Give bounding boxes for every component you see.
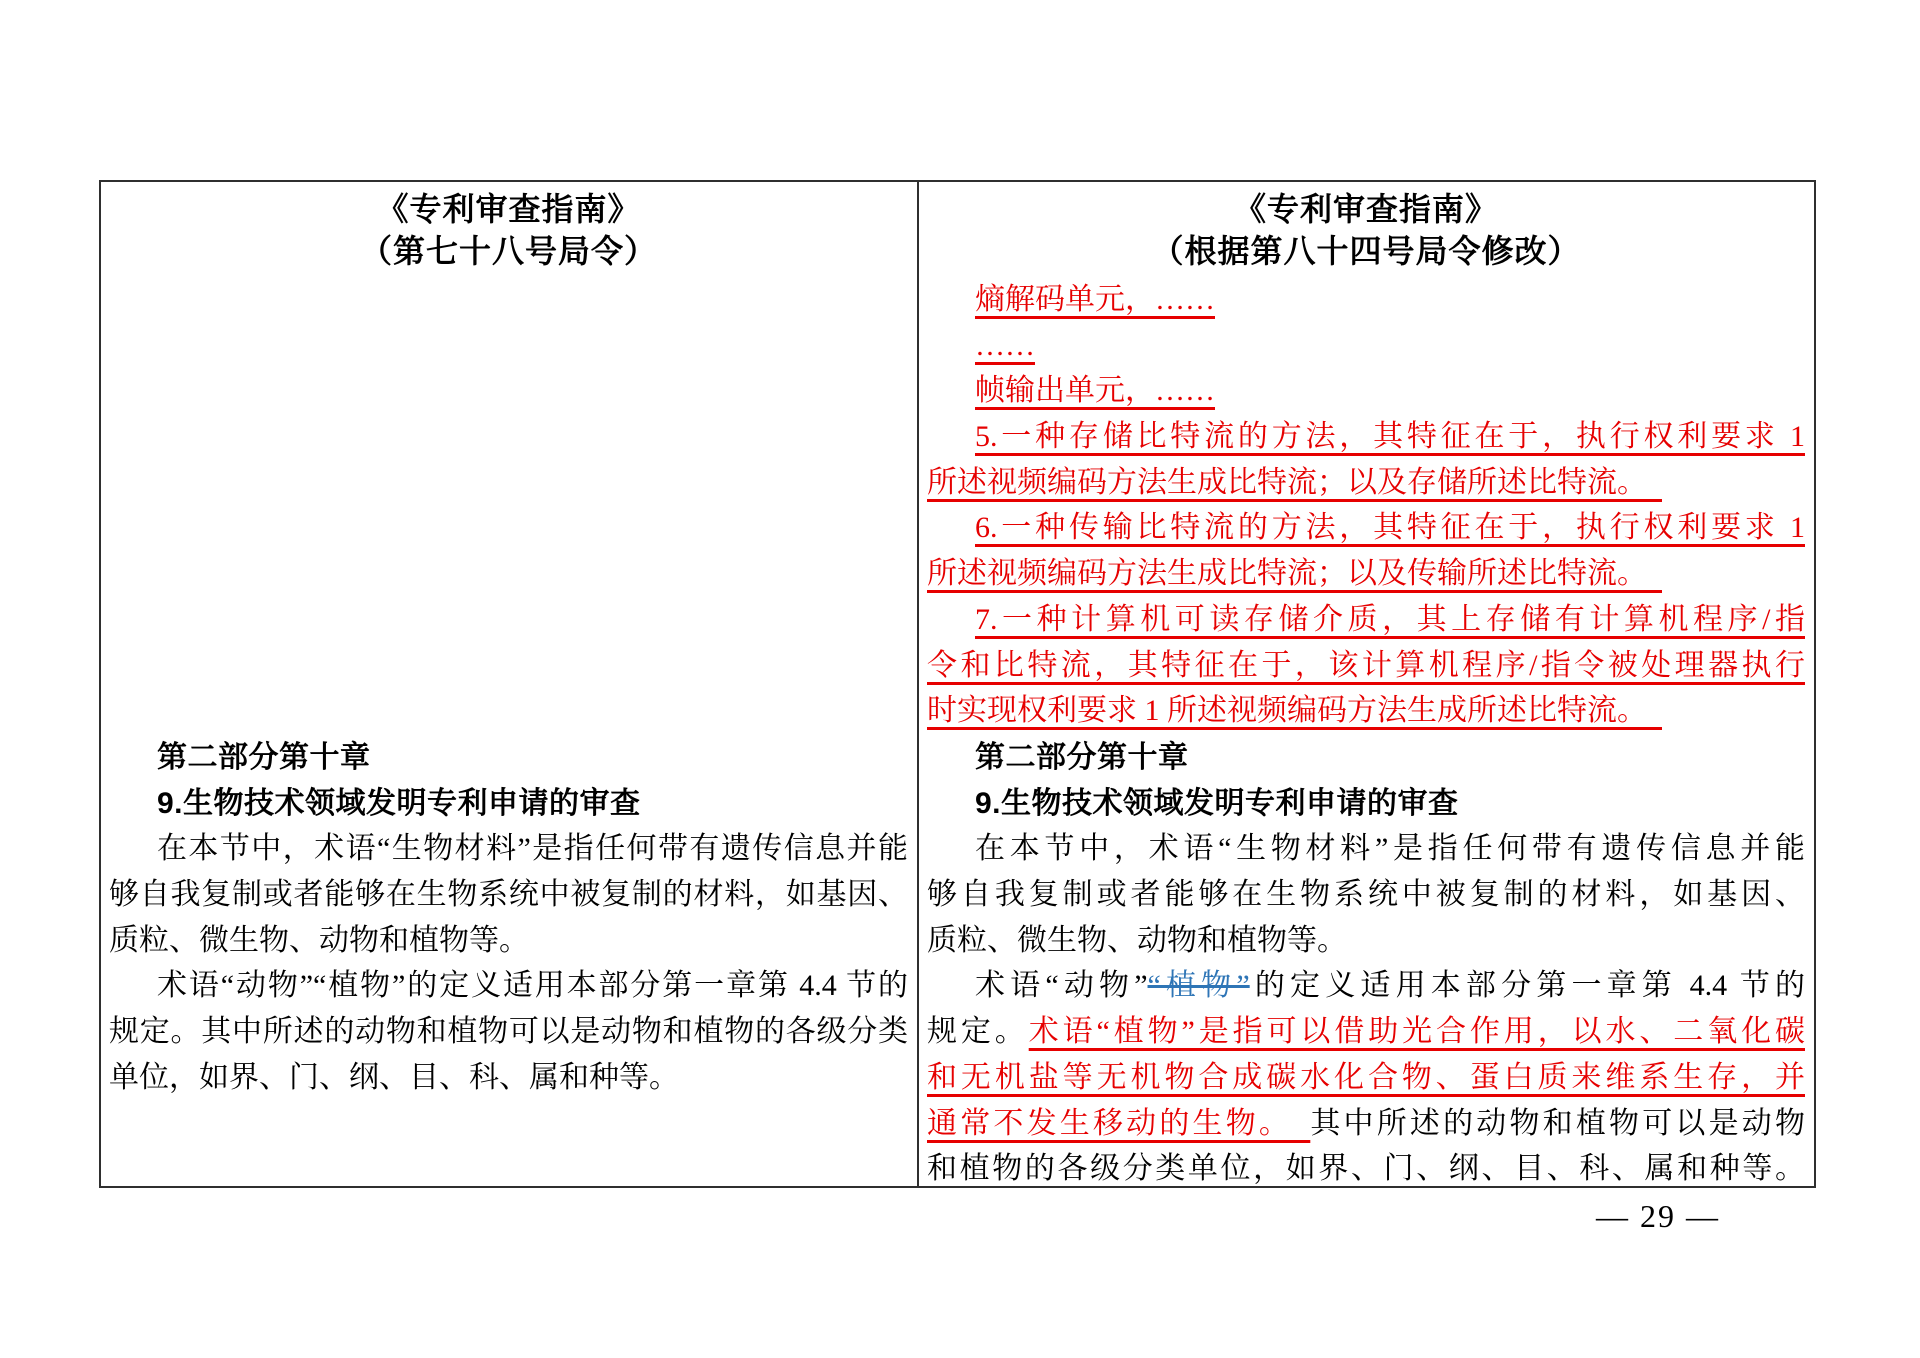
revised-guideline-biotech-cell: 第二部分第十章9.生物技术领域发明专利申请的审查在本节中，术语“生物材料”是指任… — [919, 733, 1814, 1186]
text-line: 9.生物技术领域发明专利申请的审查 — [109, 781, 908, 827]
text-line: 质粒、微生物、动物和植物等。 — [927, 918, 1805, 964]
revised-guideline-subtitle: （根据第八十四号局令修改） — [1151, 230, 1580, 272]
text-line: 单位，如界、门、纲、目、科、属和种等。 — [109, 1055, 908, 1101]
text-line: 所述视频编码方法生成比特流；以及传输所述比特流。 — [927, 551, 1805, 597]
text-line: …… — [927, 323, 1805, 369]
comparison-table: 《专利审查指南》 （第七十八号局令） 《专利审查指南》 （根据第八十四号局令修改… — [99, 180, 1816, 1188]
text-line: 术语“动物”“植物”的定义适用本部分第一章第 4.4 节的 — [109, 963, 908, 1009]
text-line: 在本节中，术语“生物材料”是指任何带有遗传信息并能 — [109, 826, 908, 872]
heading-text: 9.生物技术领域发明专利申请的审查 — [157, 787, 641, 820]
text-line: 和植物的各级分类单位，如界、门、纲、目、科、属和种等。 — [927, 1146, 1805, 1186]
revised-guideline-header-cell: 《专利审查指南》 （根据第八十四号局令修改） — [919, 182, 1814, 275]
body-text: 规定。其中所述的动物和植物可以是动物和植物的各级分类 — [109, 1015, 908, 1048]
revised-guideline-title: 《专利审查指南》 — [1234, 188, 1498, 230]
body-text: 质粒、微生物、动物和植物等。 — [109, 924, 529, 957]
old-guideline-header-cell: 《专利审查指南》 （第七十八号局令） — [101, 182, 919, 275]
text-line: 帧输出单元，…… — [927, 368, 1805, 414]
text-line: 时实现权利要求 1 所述视频编码方法生成所述比特流。 — [927, 688, 1805, 733]
inserted-text: 7.一种计算机可读存储介质，其上存储有计算机程序/指 — [975, 603, 1805, 636]
text-line: 第二部分第十章 — [109, 735, 908, 781]
heading-text: 9.生物技术领域发明专利申请的审查 — [975, 787, 1459, 820]
text-line: 第二部分第十章 — [927, 735, 1805, 781]
inserted-text: 术语“植物”是指可以借助光合作用，以水、二氧化碳 — [1029, 1015, 1805, 1048]
heading-text: 第二部分第十章 — [157, 741, 371, 774]
text-line: 通常不发生移动的生物。 其中所述的动物和植物可以是动物 — [927, 1101, 1805, 1147]
text-line: 9.生物技术领域发明专利申请的审查 — [927, 781, 1805, 827]
inserted-text: 5.一种存储比特流的方法，其特征在于，执行权利要求 1 — [975, 420, 1805, 453]
old-guideline-subtitle: （第七十八号局令） — [360, 230, 657, 272]
body-text: 的定义适用本部分第一章第 4.4 节的 — [1250, 969, 1805, 1002]
text-line: 令和比特流，其特征在于，该计算机程序/指令被处理器执行 — [927, 643, 1805, 689]
text-line: 7.一种计算机可读存储介质，其上存储有计算机程序/指 — [927, 597, 1805, 643]
page-number: — 29 — — [1558, 1196, 1758, 1236]
body-text: 够自我复制或者能够在生物系统中被复制的材料，如基因、 — [109, 878, 908, 911]
text-line: 和无机盐等无机物合成碳水化合物、蛋白质来维系生存，并 — [927, 1055, 1805, 1101]
body-text: 术语“动物”“植物”的定义适用本部分第一章第 4.4 节的 — [157, 969, 908, 1002]
inserted-text: 令和比特流，其特征在于，该计算机程序/指令被处理器执行 — [927, 649, 1805, 682]
inserted-text: 时实现权利要求 1 所述视频编码方法生成所述比特流。 — [927, 694, 1662, 727]
text-line: 质粒、微生物、动物和植物等。 — [109, 918, 908, 964]
body-text: 其中所述的动物和植物可以是动物 — [1310, 1107, 1805, 1140]
body-text: 在本节中，术语“生物材料”是指任何带有遗传信息并能 — [157, 832, 908, 865]
inserted-text: 所述视频编码方法生成比特流；以及传输所述比特流。 — [927, 557, 1662, 590]
body-text: 在本节中，术语“生物材料”是指任何带有遗传信息并能 — [975, 832, 1805, 865]
text-line: 所述视频编码方法生成比特流；以及存储所述比特流。 — [927, 460, 1805, 506]
inserted-text: …… — [975, 329, 1035, 362]
inserted-text: 帧输出单元，…… — [975, 374, 1215, 407]
body-text: 单位，如界、门、纲、目、科、属和种等。 — [109, 1061, 679, 1094]
inserted-text: 通常不发生移动的生物。 — [927, 1107, 1310, 1140]
document-page: 《专利审查指南》 （第七十八号局令） 《专利审查指南》 （根据第八十四号局令修改… — [0, 0, 1920, 1358]
text-line: 够自我复制或者能够在生物系统中被复制的材料，如基因、 — [927, 872, 1805, 918]
body-text: 规定。 — [927, 1015, 1029, 1048]
text-line: 术语“动物”“植物”的定义适用本部分第一章第 4.4 节的 — [927, 963, 1805, 1009]
body-text: 质粒、微生物、动物和植物等。 — [927, 924, 1347, 957]
revised-guideline-claims-cell: 熵解码单元，…………帧输出单元，……5.一种存储比特流的方法，其特征在于，执行权… — [919, 275, 1814, 733]
inserted-text: 熵解码单元，…… — [975, 283, 1215, 316]
inserted-text: 和无机盐等无机物合成碳水化合物、蛋白质来维系生存，并 — [927, 1061, 1805, 1094]
text-line: 规定。其中所述的动物和植物可以是动物和植物的各级分类 — [109, 1009, 908, 1055]
text-line: 规定。术语“植物”是指可以借助光合作用，以水、二氧化碳 — [927, 1009, 1805, 1055]
heading-text: 第二部分第十章 — [975, 741, 1189, 774]
body-text: 和植物的各级分类单位，如界、门、纲、目、科、属和种等。 — [927, 1152, 1805, 1185]
inserted-text: 6.一种传输比特流的方法，其特征在于，执行权利要求 1 — [975, 511, 1805, 544]
body-text: 术语“动物” — [975, 969, 1148, 1002]
text-line: 在本节中，术语“生物材料”是指任何带有遗传信息并能 — [927, 826, 1805, 872]
text-line: 熵解码单元，…… — [927, 277, 1805, 323]
old-guideline-title: 《专利审查指南》 — [376, 188, 640, 230]
text-line: 6.一种传输比特流的方法，其特征在于，执行权利要求 1 — [927, 505, 1805, 551]
old-guideline-biotech-cell: 第二部分第十章9.生物技术领域发明专利申请的审查在本节中，术语“生物材料”是指任… — [101, 733, 919, 1186]
old-guideline-claims-cell — [101, 275, 919, 733]
text-line: 够自我复制或者能够在生物系统中被复制的材料，如基因、 — [109, 872, 908, 918]
text-line: 5.一种存储比特流的方法，其特征在于，执行权利要求 1 — [927, 414, 1805, 460]
deleted-text: “植物” — [1148, 969, 1250, 1002]
body-text: 够自我复制或者能够在生物系统中被复制的材料，如基因、 — [927, 878, 1805, 911]
inserted-text: 所述视频编码方法生成比特流；以及存储所述比特流。 — [927, 466, 1662, 499]
